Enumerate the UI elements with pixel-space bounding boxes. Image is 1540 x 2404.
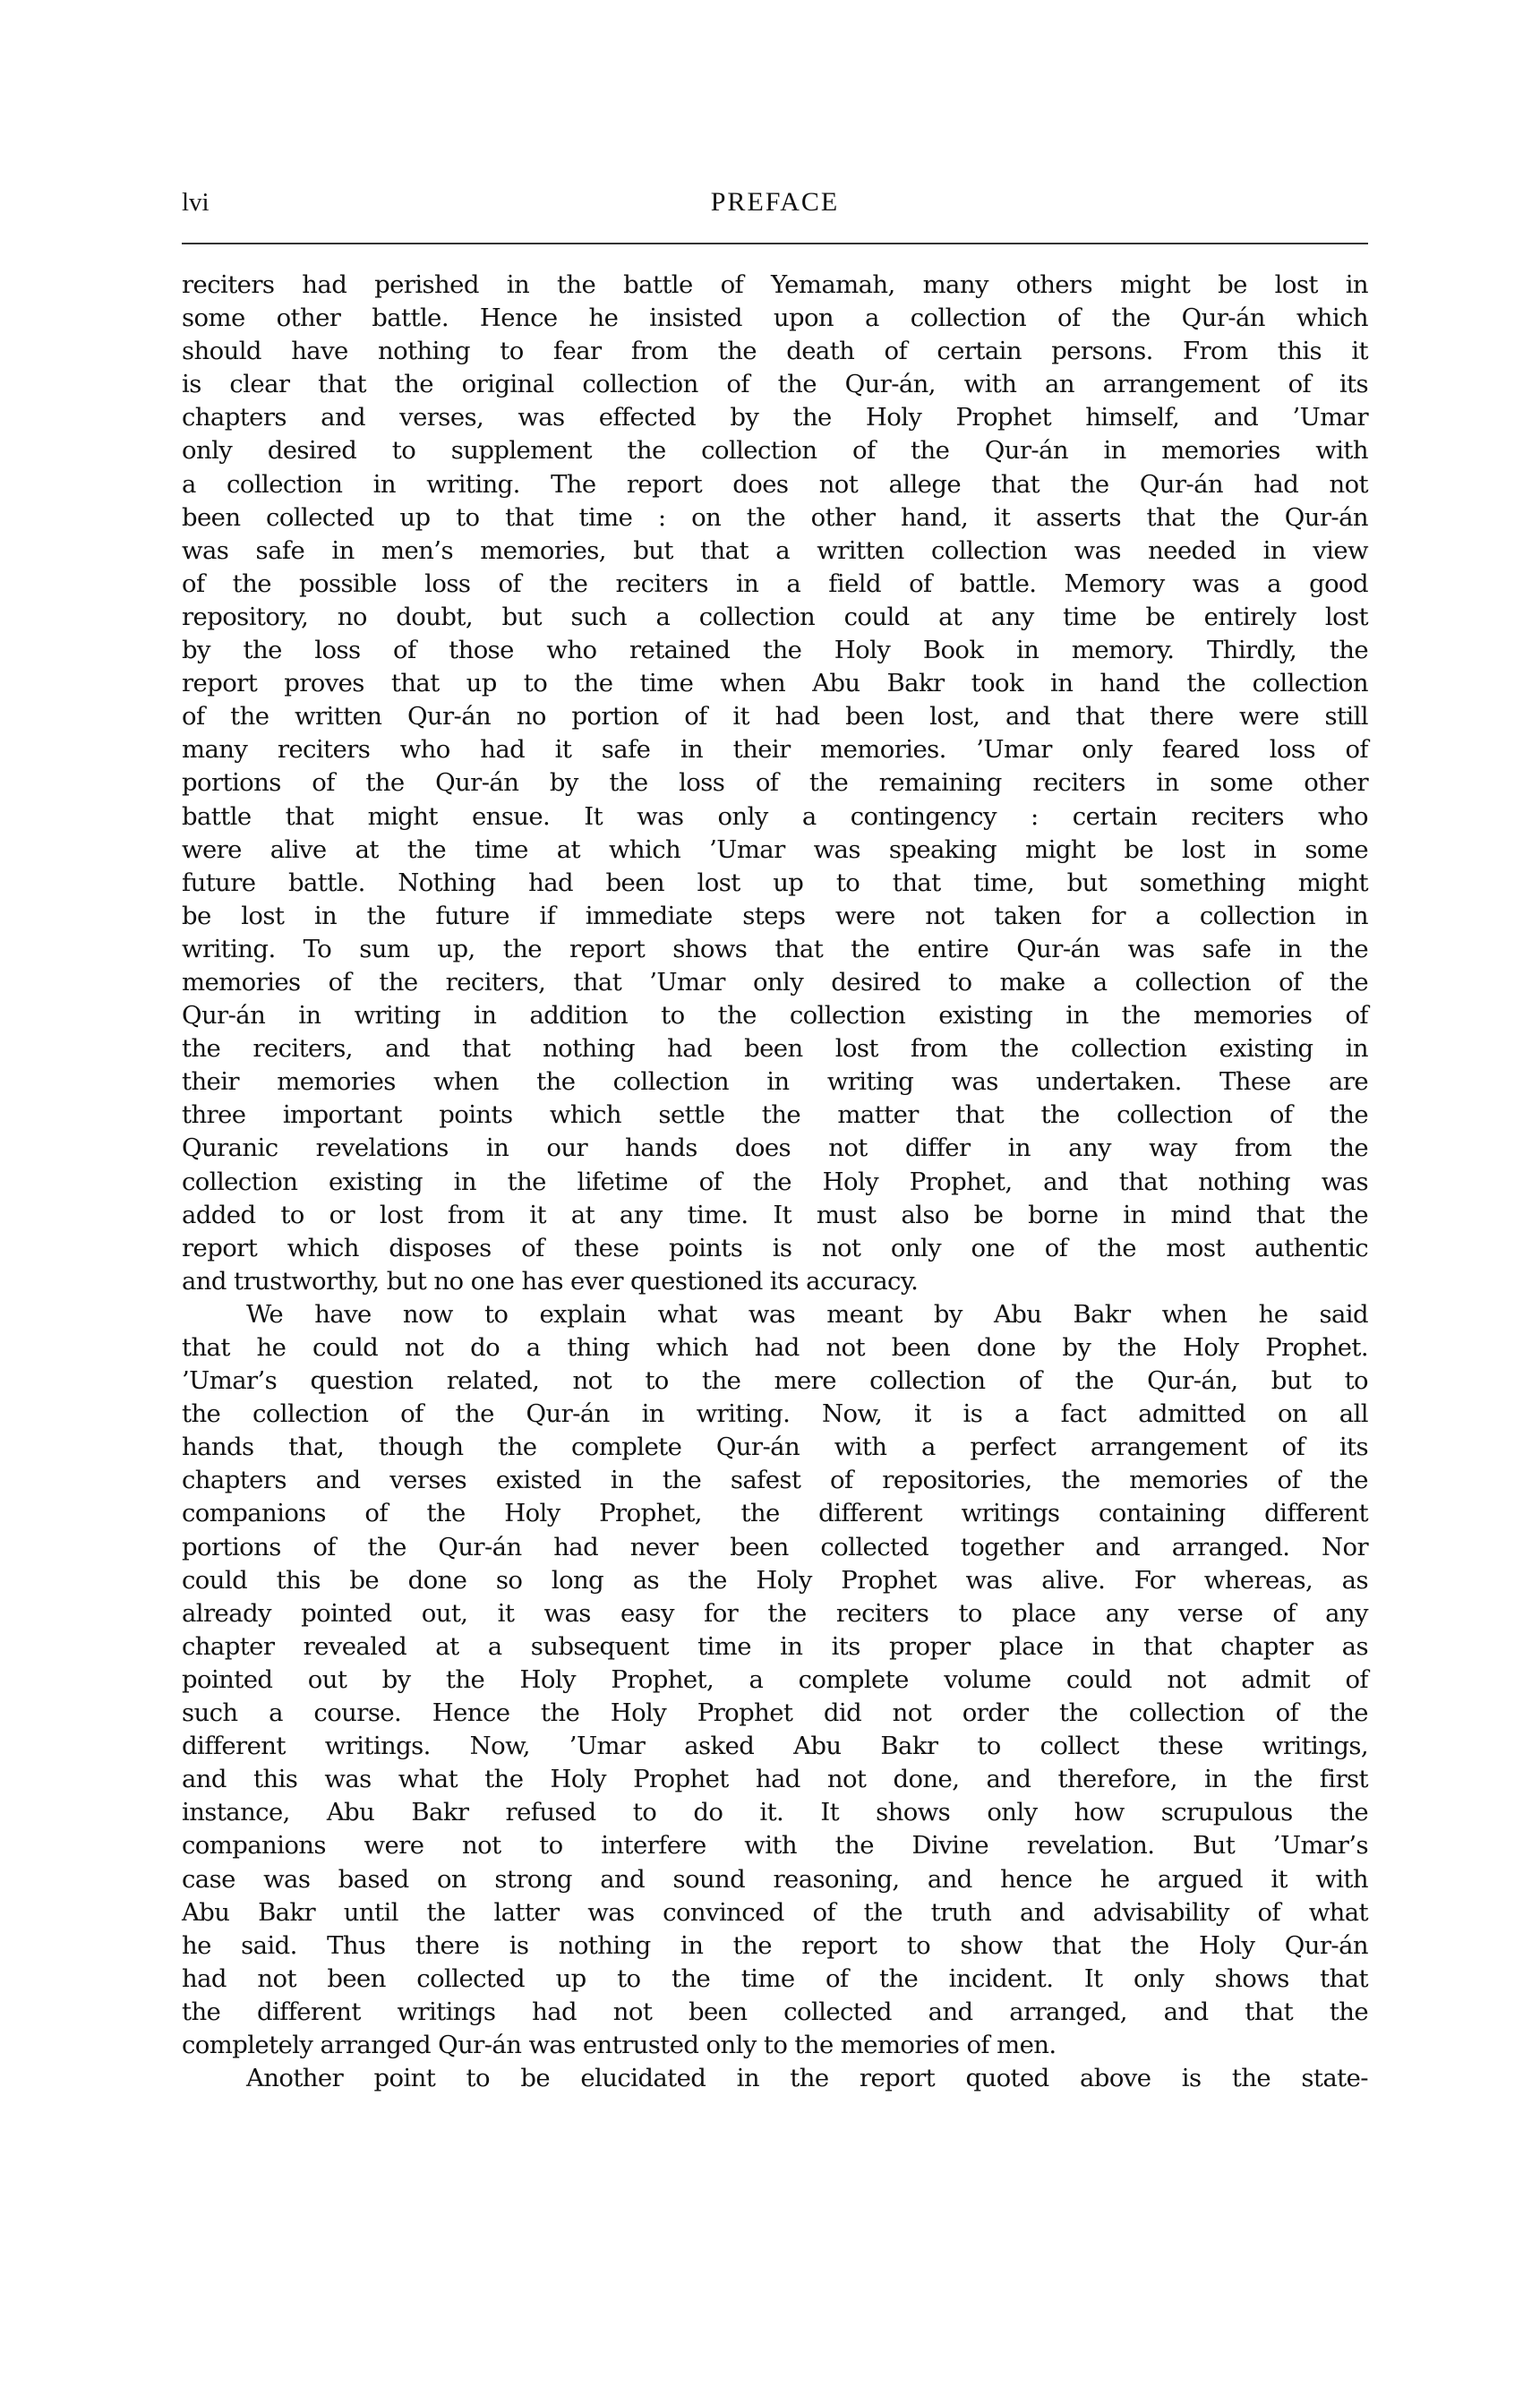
text-line: and this was what the Holy Prophet had n… — [182, 1763, 1368, 1796]
text-line: Qur-án in writing in addition to the col… — [182, 999, 1368, 1032]
text-line: been collected up to that time : on the … — [182, 501, 1368, 535]
text-line: ’Umar’s question related, not to the mer… — [182, 1365, 1368, 1398]
text-line: collection existing in the lifetime of t… — [182, 1166, 1368, 1199]
text-line: report which disposes of these points is… — [182, 1232, 1368, 1265]
text-line: of the written Qur-án no portion of it h… — [182, 700, 1368, 733]
text-line: case was based on strong and sound reaso… — [182, 1863, 1368, 1896]
text-line: instance, Abu Bakr refused to do it. It … — [182, 1796, 1368, 1829]
running-title: PREFACE — [182, 183, 1368, 222]
text-line: We have now to explain what was meant by… — [182, 1298, 1368, 1331]
paragraph: Another point to be elucidated in the re… — [182, 2062, 1368, 2095]
text-line: companions were not to interfere with th… — [182, 1829, 1368, 1862]
text-line: chapter revealed at a subsequent time in… — [182, 1630, 1368, 1664]
text-line: only desired to supplement the collectio… — [182, 434, 1368, 467]
body-text: reciters had perished in the battle of Y… — [182, 269, 1368, 2095]
text-line: different writings. Now, ’Umar asked Abu… — [182, 1730, 1368, 1763]
text-line: were alive at the time at which ’Umar wa… — [182, 834, 1368, 867]
text-line: future battle. Nothing had been lost up … — [182, 867, 1368, 900]
text-line: the reciters, and that nothing had been … — [182, 1032, 1368, 1065]
text-line: three important points which settle the … — [182, 1099, 1368, 1132]
text-line: already pointed out, it was easy for the… — [182, 1597, 1368, 1630]
text-line: of the possible loss of the reciters in … — [182, 568, 1368, 601]
text-line: he said. Thus there is nothing in the re… — [182, 1929, 1368, 1963]
text-line: that he could not do a thing which had n… — [182, 1331, 1368, 1365]
text-line: Another point to be elucidated in the re… — [182, 2062, 1368, 2095]
text-line: the different writings had not been coll… — [182, 1996, 1368, 2029]
text-line: added to or lost from it at any time. It… — [182, 1199, 1368, 1232]
header-rule — [182, 243, 1368, 244]
text-line: be lost in the future if immediate steps… — [182, 900, 1368, 933]
text-line: had not been collected up to the time of… — [182, 1963, 1368, 1996]
paragraph: reciters had perished in the battle of Y… — [182, 269, 1368, 1298]
text-line: many reciters who had it safe in their m… — [182, 733, 1368, 766]
text-line: completely arranged Qur-án was entrusted… — [182, 2029, 1368, 2062]
text-line: companions of the Holy Prophet, the diff… — [182, 1497, 1368, 1530]
text-line: some other battle. Hence he insisted upo… — [182, 302, 1368, 335]
text-line: should have nothing to fear from the dea… — [182, 335, 1368, 368]
running-head: lvi PREFACE — [182, 183, 1368, 222]
text-line: battle that might ensue. It was only a c… — [182, 800, 1368, 834]
text-line: pointed out by the Holy Prophet, a compl… — [182, 1664, 1368, 1697]
text-line: their memories when the collection in wr… — [182, 1065, 1368, 1099]
text-line: was safe in men’s memories, but that a w… — [182, 535, 1368, 568]
text-line: report proves that up to the time when A… — [182, 667, 1368, 700]
text-line: a collection in writing. The report does… — [182, 468, 1368, 501]
text-line: Abu Bakr until the latter was convinced … — [182, 1896, 1368, 1929]
text-line: such a course. Hence the Holy Prophet di… — [182, 1697, 1368, 1730]
text-line: chapters and verses, was effected by the… — [182, 401, 1368, 434]
text-line: repository, no doubt, but such a collect… — [182, 601, 1368, 634]
text-line: memories of the reciters, that ’Umar onl… — [182, 966, 1368, 999]
text-line: portions of the Qur-án by the loss of th… — [182, 766, 1368, 800]
text-line: is clear that the original collection of… — [182, 368, 1368, 401]
text-line: by the loss of those who retained the Ho… — [182, 634, 1368, 667]
text-line: portions of the Qur-án had never been co… — [182, 1531, 1368, 1564]
text-line: writing. To sum up, the report shows tha… — [182, 933, 1368, 966]
text-line: the collection of the Qur-án in writing.… — [182, 1398, 1368, 1431]
paragraph: We have now to explain what was meant by… — [182, 1298, 1368, 2062]
text-line: could this be done so long as the Holy P… — [182, 1564, 1368, 1597]
text-line: reciters had perished in the battle of Y… — [182, 269, 1368, 302]
text-line: hands that, though the complete Qur-án w… — [182, 1431, 1368, 1464]
text-line: chapters and verses existed in the safes… — [182, 1464, 1368, 1497]
text-line: and trustworthy, but no one has ever que… — [182, 1265, 1368, 1298]
text-line: Quranic revelations in our hands does no… — [182, 1132, 1368, 1165]
